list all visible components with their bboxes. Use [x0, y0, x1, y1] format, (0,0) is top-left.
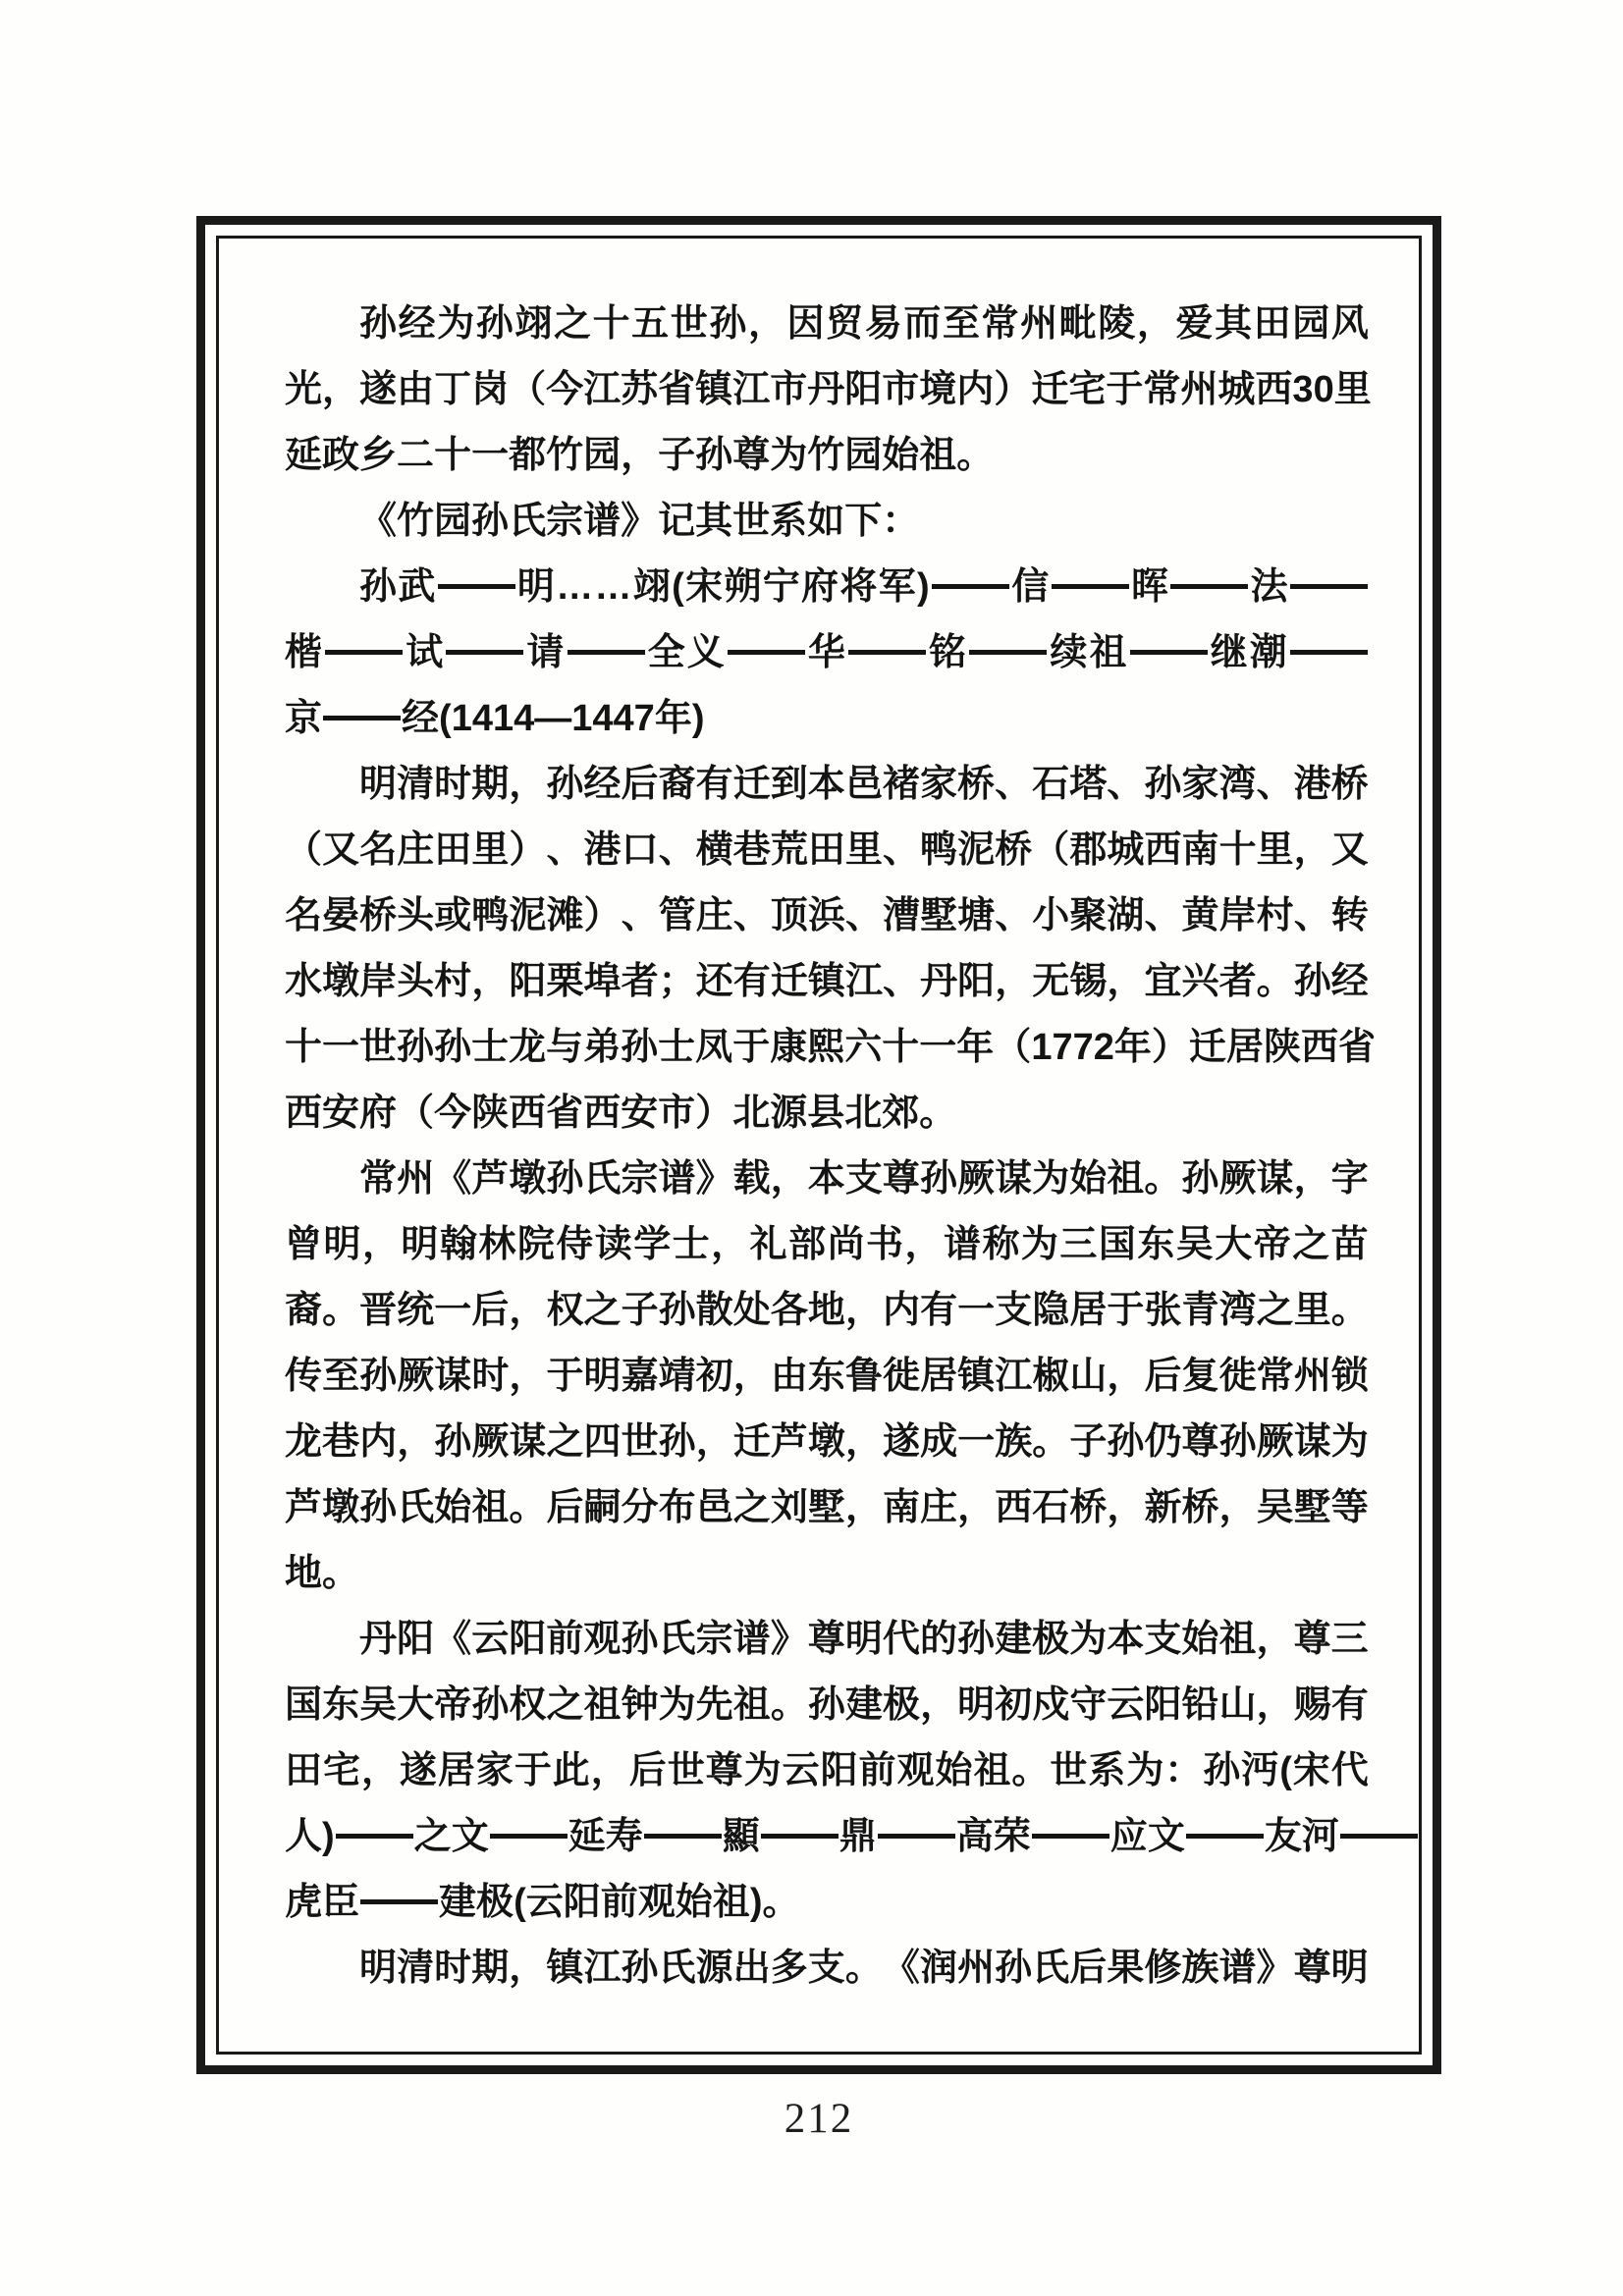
text-line: 延政乡二十一都竹园，子孙尊为竹园始祖。 — [285, 422, 1369, 488]
genealogy-dash — [446, 650, 523, 655]
text-line: （又名庄田里）、港口、横巷荒田里、鸭泥桥（郡城西南十里，又 — [285, 817, 1369, 882]
text-line: 十一世孙孙士龙与弟孙士凤于康熙六十一年（1772年）迁居陕西省 — [285, 1014, 1369, 1080]
genealogy-dash — [1340, 1834, 1418, 1839]
genealogy-dash — [323, 716, 401, 721]
genealogy-dash — [1170, 584, 1248, 589]
genealogy-dash — [969, 650, 1047, 655]
text-line: 国东吴大帝孙权之祖钟为先祖。孙建极，明初戍守云阳铅山，赐有 — [285, 1672, 1369, 1737]
text-line: 龙巷内，孙厥谋之四世孙，迁芦墩，遂成一族。子孙仍尊孙厥谋为 — [285, 1409, 1369, 1474]
text-line: 名晏桥头或鸭泥滩）、管庄、顶浜、漕墅塘、小聚湖、黄岸村、转 — [285, 882, 1369, 948]
genealogy-dash — [644, 1834, 722, 1839]
text-line: 传至孙厥谋时，于明嘉靖初，由东鲁徙居镇江椒山，后复徙常州锁 — [285, 1343, 1369, 1409]
genealogy-dash — [1290, 650, 1368, 655]
text-line: 常州《芦墩孙氏宗谱》载，本支尊孙厥谋为始祖。孙厥谋，字 — [285, 1146, 1369, 1211]
genealogy-dash — [1130, 650, 1208, 655]
genealogy-dash — [490, 1834, 568, 1839]
text-line: 京经(1414—1447年) — [285, 685, 1369, 751]
text-line: 水墩岸头村，阳栗埠者；还有迁镇江、丹阳，无锡，宜兴者。孙经 — [285, 948, 1369, 1014]
text-line: 西安府（今陕西省西安市）北源县北郊。 — [285, 1080, 1369, 1146]
genealogy-dash — [1052, 584, 1129, 589]
text-line: 明清时期，镇江孙氏源出多支。《润州孙氏后果修族谱》尊明 — [285, 1935, 1369, 2001]
genealogy-dash — [878, 1834, 955, 1839]
text-line: 光，遂由丁岗（今江苏省镇江市丹阳市境内）迁宅于常州城西30里 — [285, 356, 1369, 422]
text-line: 人)之文延寿顯鼎高荣应文友河 — [285, 1803, 1369, 1869]
genealogy-dash — [728, 650, 805, 655]
genealogy-dash — [1186, 1834, 1264, 1839]
text-line: 芦墩孙氏始祖。后嗣分布邑之刘墅，南庄，西石桥，新桥，吴墅等 — [285, 1474, 1369, 1540]
book-page: 孙经为孙翊之十五世孙，因贸易而至常州毗陵，爱其田园风光，遂由丁岗（今江苏省镇江市… — [0, 0, 1623, 2296]
genealogy-dash — [360, 1899, 438, 1904]
genealogy-dash — [1290, 584, 1368, 589]
genealogy-dash — [325, 650, 403, 655]
text-line: 虎臣建极(云阳前观始祖)。 — [285, 1869, 1369, 1935]
text-block: 孙经为孙翊之十五世孙，因贸易而至常州毗陵，爱其田园风光，遂由丁岗（今江苏省镇江市… — [285, 291, 1369, 2001]
text-line: 田宅，遂居家于此，后世尊为云阳前观始祖。世系为：孙沔(宋代 — [285, 1737, 1369, 1803]
genealogy-dash — [1032, 1834, 1109, 1839]
page-number: 212 — [196, 2095, 1441, 2143]
genealogy-dash — [932, 584, 1009, 589]
text-line: 裔。晋统一后，权之子孙散处各地，内有一支隐居于张青湾之里。 — [285, 1277, 1369, 1343]
text-line: 曾明，明翰林院侍读学士，礼部尚书，谱称为三国东吴大帝之苗 — [285, 1211, 1369, 1277]
text-line: 丹阳《云阳前观孙氏宗谱》尊明代的孙建极为本支始祖，尊三 — [285, 1606, 1369, 1672]
genealogy-dash — [761, 1834, 839, 1839]
text-line: 《竹园孙氏宗谱》记其世系如下： — [285, 488, 1369, 554]
genealogy-dash — [568, 650, 645, 655]
text-line: 孙武明……翊(宋朔宁府将军)信晖法 — [285, 554, 1369, 619]
genealogy-dash — [848, 650, 926, 655]
text-line: 明清时期，孙经后裔有迁到本邑褚家桥、石塔、孙家湾、港桥 — [285, 751, 1369, 817]
genealogy-dash — [438, 584, 515, 589]
text-line: 楷试请全义华铭续祖继潮 — [285, 619, 1369, 685]
genealogy-dash — [336, 1834, 413, 1839]
text-line: 孙经为孙翊之十五世孙，因贸易而至常州毗陵，爱其田园风 — [285, 291, 1369, 356]
text-line: 地。 — [285, 1540, 1369, 1606]
